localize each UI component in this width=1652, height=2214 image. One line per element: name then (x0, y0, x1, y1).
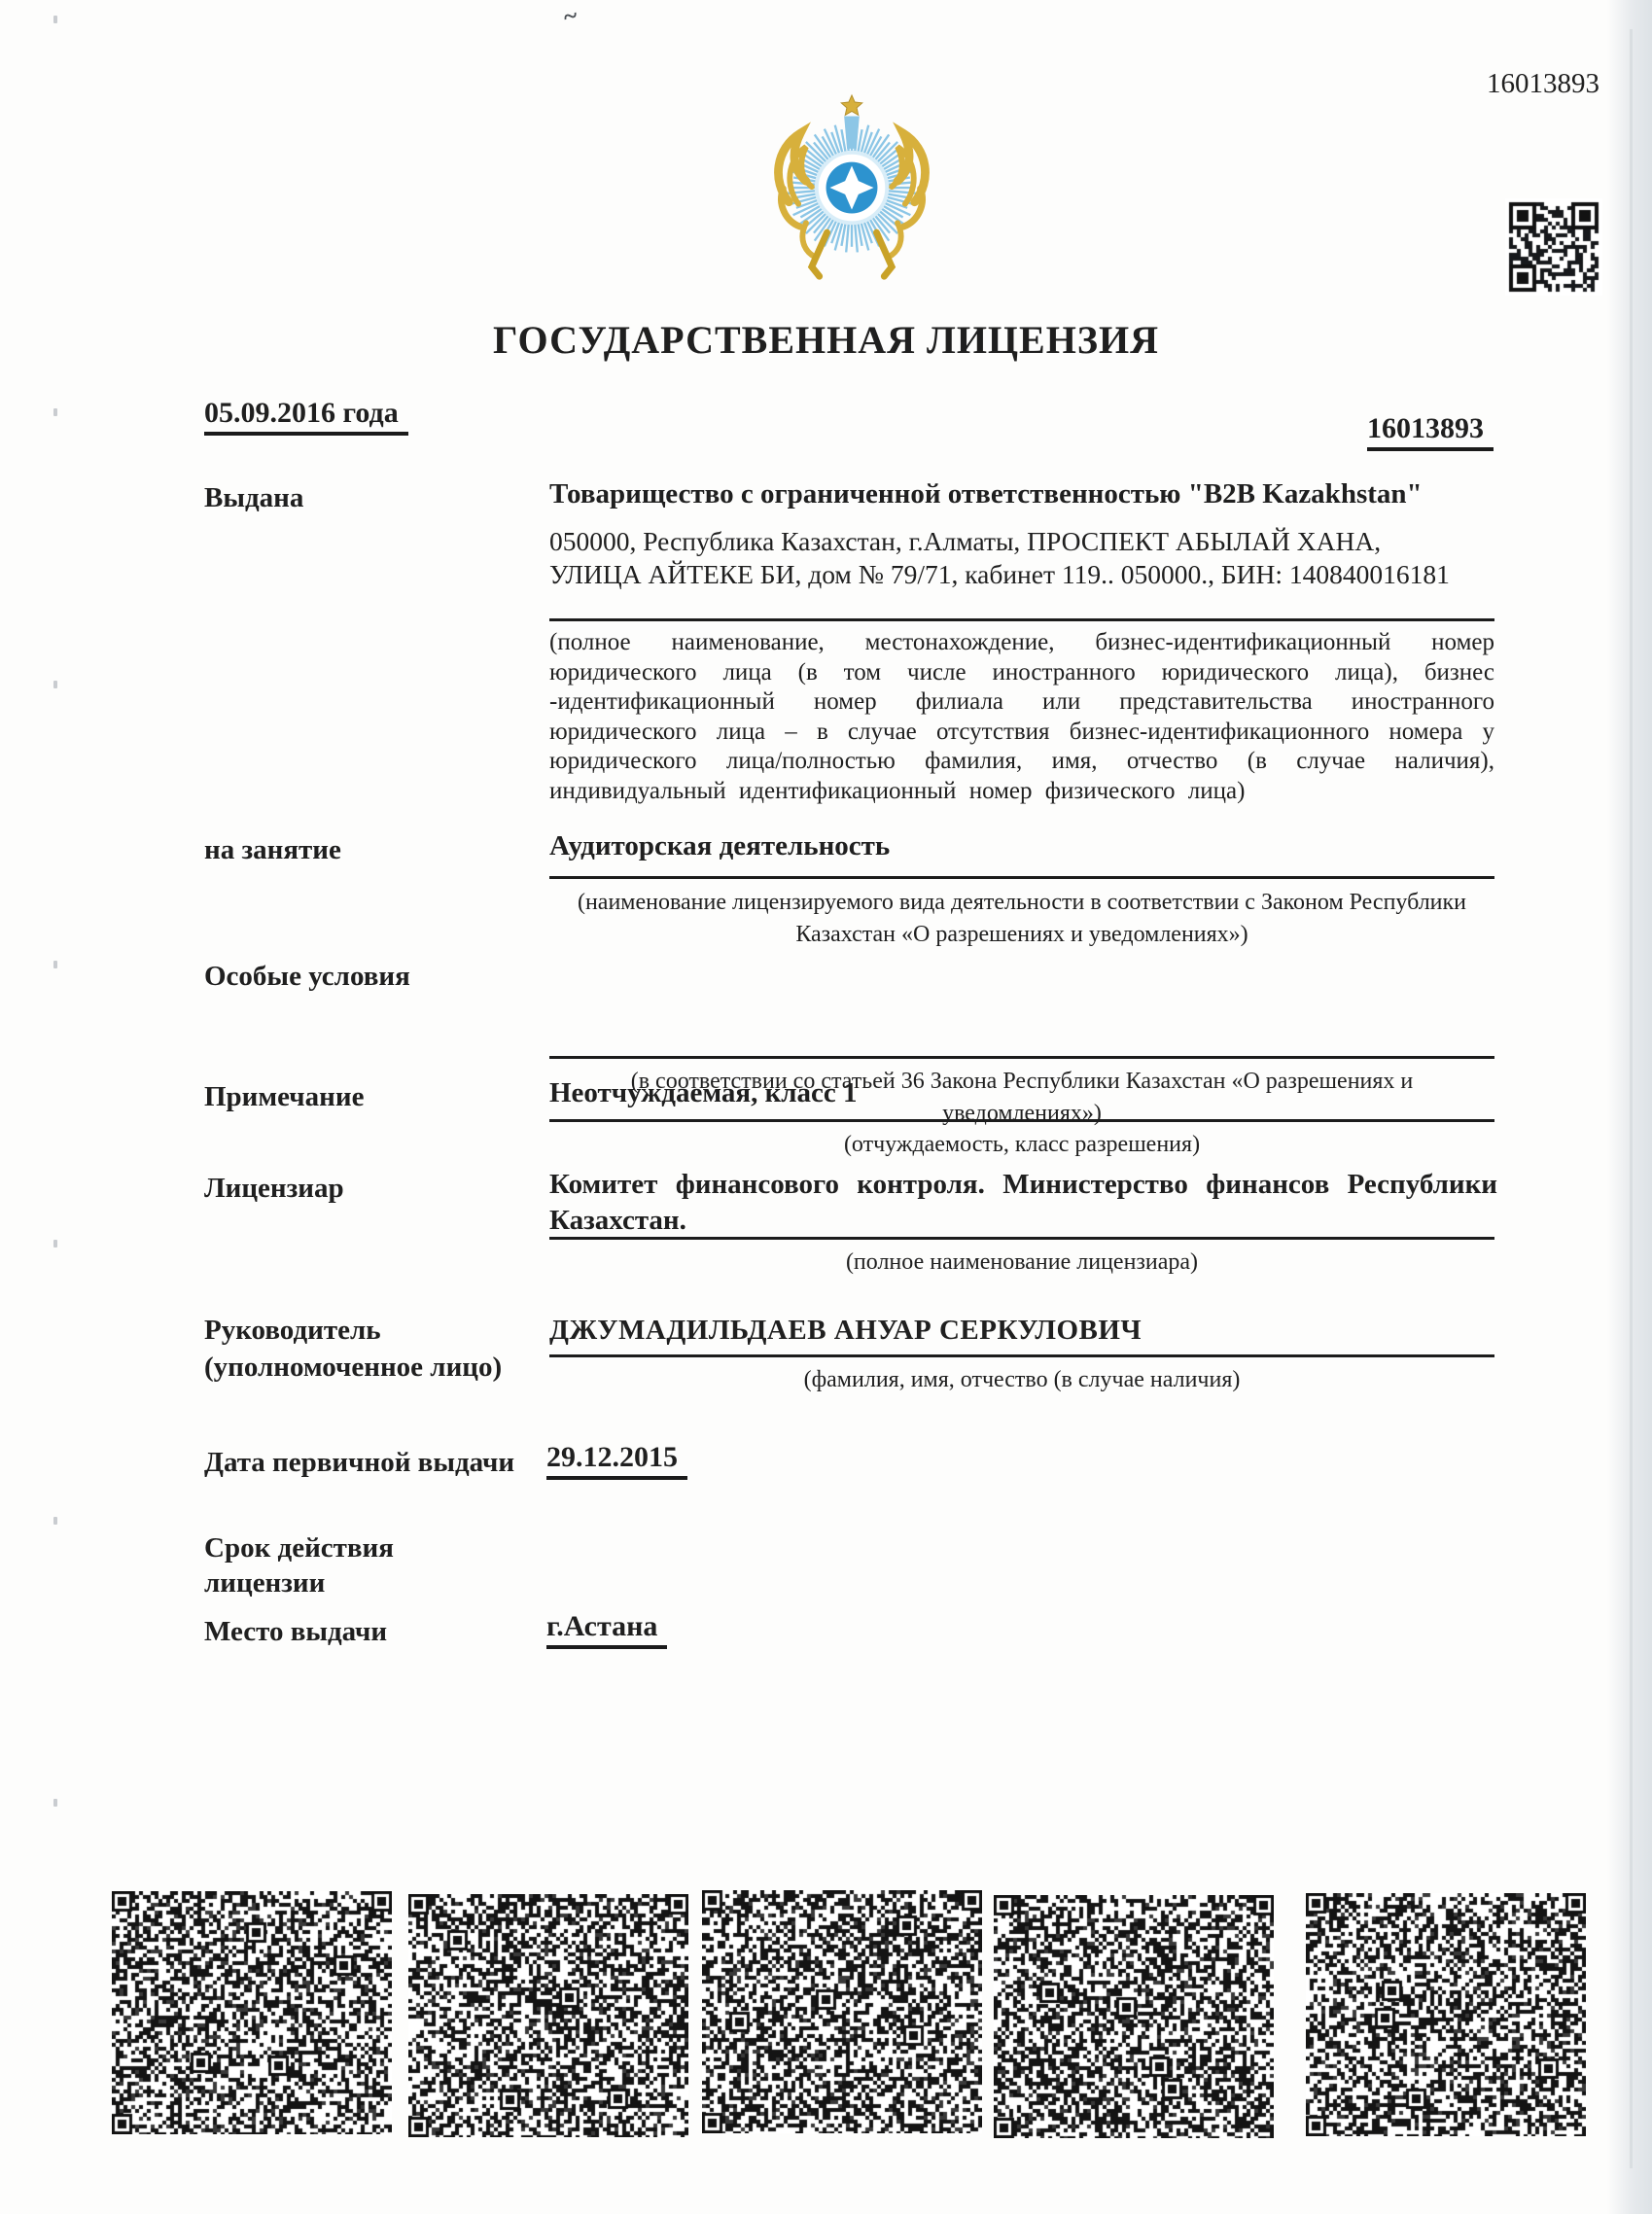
field-label-licensor: Лицензиар (204, 1171, 344, 1206)
issue-place-value: г.Астана (546, 1610, 667, 1649)
document-title: ГОСУДАРСТВЕННАЯ ЛИЦЕНЗИЯ (0, 317, 1652, 363)
licensor-value: Комитет финансового контроля. Министерст… (549, 1167, 1497, 1239)
field-label-head-line2: (уполномоченное лицо) (204, 1350, 502, 1385)
scan-tick (53, 1517, 57, 1525)
barcode-block (1306, 1893, 1586, 2136)
licensor-caption: (полное наименование лицензиара) (549, 1247, 1494, 1279)
field-rule (549, 876, 1494, 879)
field-label-issue-place: Место выдачи (204, 1614, 387, 1649)
head-caption: (фамилия, имя, отчество (в случае наличи… (549, 1364, 1494, 1396)
qr-code-icon (1505, 198, 1602, 296)
field-label-head-line1: Руководитель (204, 1313, 381, 1348)
first-issue-date-value: 29.12.2015 (546, 1441, 687, 1480)
kazakhstan-coat-of-arms-icon (756, 89, 947, 295)
field-label-special-conditions: Особые условия (204, 959, 410, 994)
field-label-activity: на занятие (204, 832, 341, 867)
scan-tick (53, 961, 57, 968)
barcode-block (702, 1890, 982, 2133)
note-value: Неотчуждаемая, класс 1 (549, 1075, 1497, 1110)
field-label-issued-to: Выдана (204, 480, 303, 515)
scan-tick (53, 1240, 57, 1248)
scan-tick (53, 408, 57, 416)
activity-caption: (наименование лицензируемого вида деятел… (549, 887, 1494, 951)
field-rule (549, 1354, 1494, 1357)
barcode-block (994, 1895, 1274, 2138)
issue-date: 05.09.2016 года (204, 397, 408, 436)
scan-tick (53, 1799, 57, 1807)
field-label-validity: Срок действия лицензии (204, 1530, 496, 1600)
note-caption: (отчуждаемость, класс разрешения) (549, 1129, 1494, 1161)
company-address-line1: 050000, Республика Казахстан, г.Алматы, … (549, 525, 1507, 557)
scan-tick (53, 16, 57, 23)
license-document-page: ~ 16013893 (0, 0, 1652, 2214)
field-rule (549, 1237, 1494, 1240)
top-serial-number: 16013893 (1487, 68, 1599, 100)
field-rule (549, 1056, 1494, 1059)
issued-to-caption: (полное наименование, местонахождение, б… (549, 628, 1494, 806)
scan-tick (53, 681, 57, 688)
activity-value: Аудиторская деятельность (549, 828, 1497, 863)
field-rule (549, 618, 1494, 621)
field-rule (549, 1119, 1494, 1122)
field-label-first-issue-date: Дата первичной выдачи (204, 1445, 514, 1480)
barcode-block (112, 1891, 392, 2134)
barcode-block (408, 1894, 688, 2137)
company-name: Товарищество с ограниченной ответственно… (549, 476, 1502, 511)
field-label-note: Примечание (204, 1079, 364, 1114)
company-address-line2: УЛИЦА АЙТЕКЕ БИ, дом № 79/71, кабинет 11… (549, 558, 1507, 590)
license-number: 16013893 (1367, 412, 1494, 451)
head-value: ДЖУМАДИЛЬДАЕВ АНУАР СЕРКУЛОВИЧ (549, 1313, 1497, 1348)
scan-mark: ~ (561, 1, 580, 32)
